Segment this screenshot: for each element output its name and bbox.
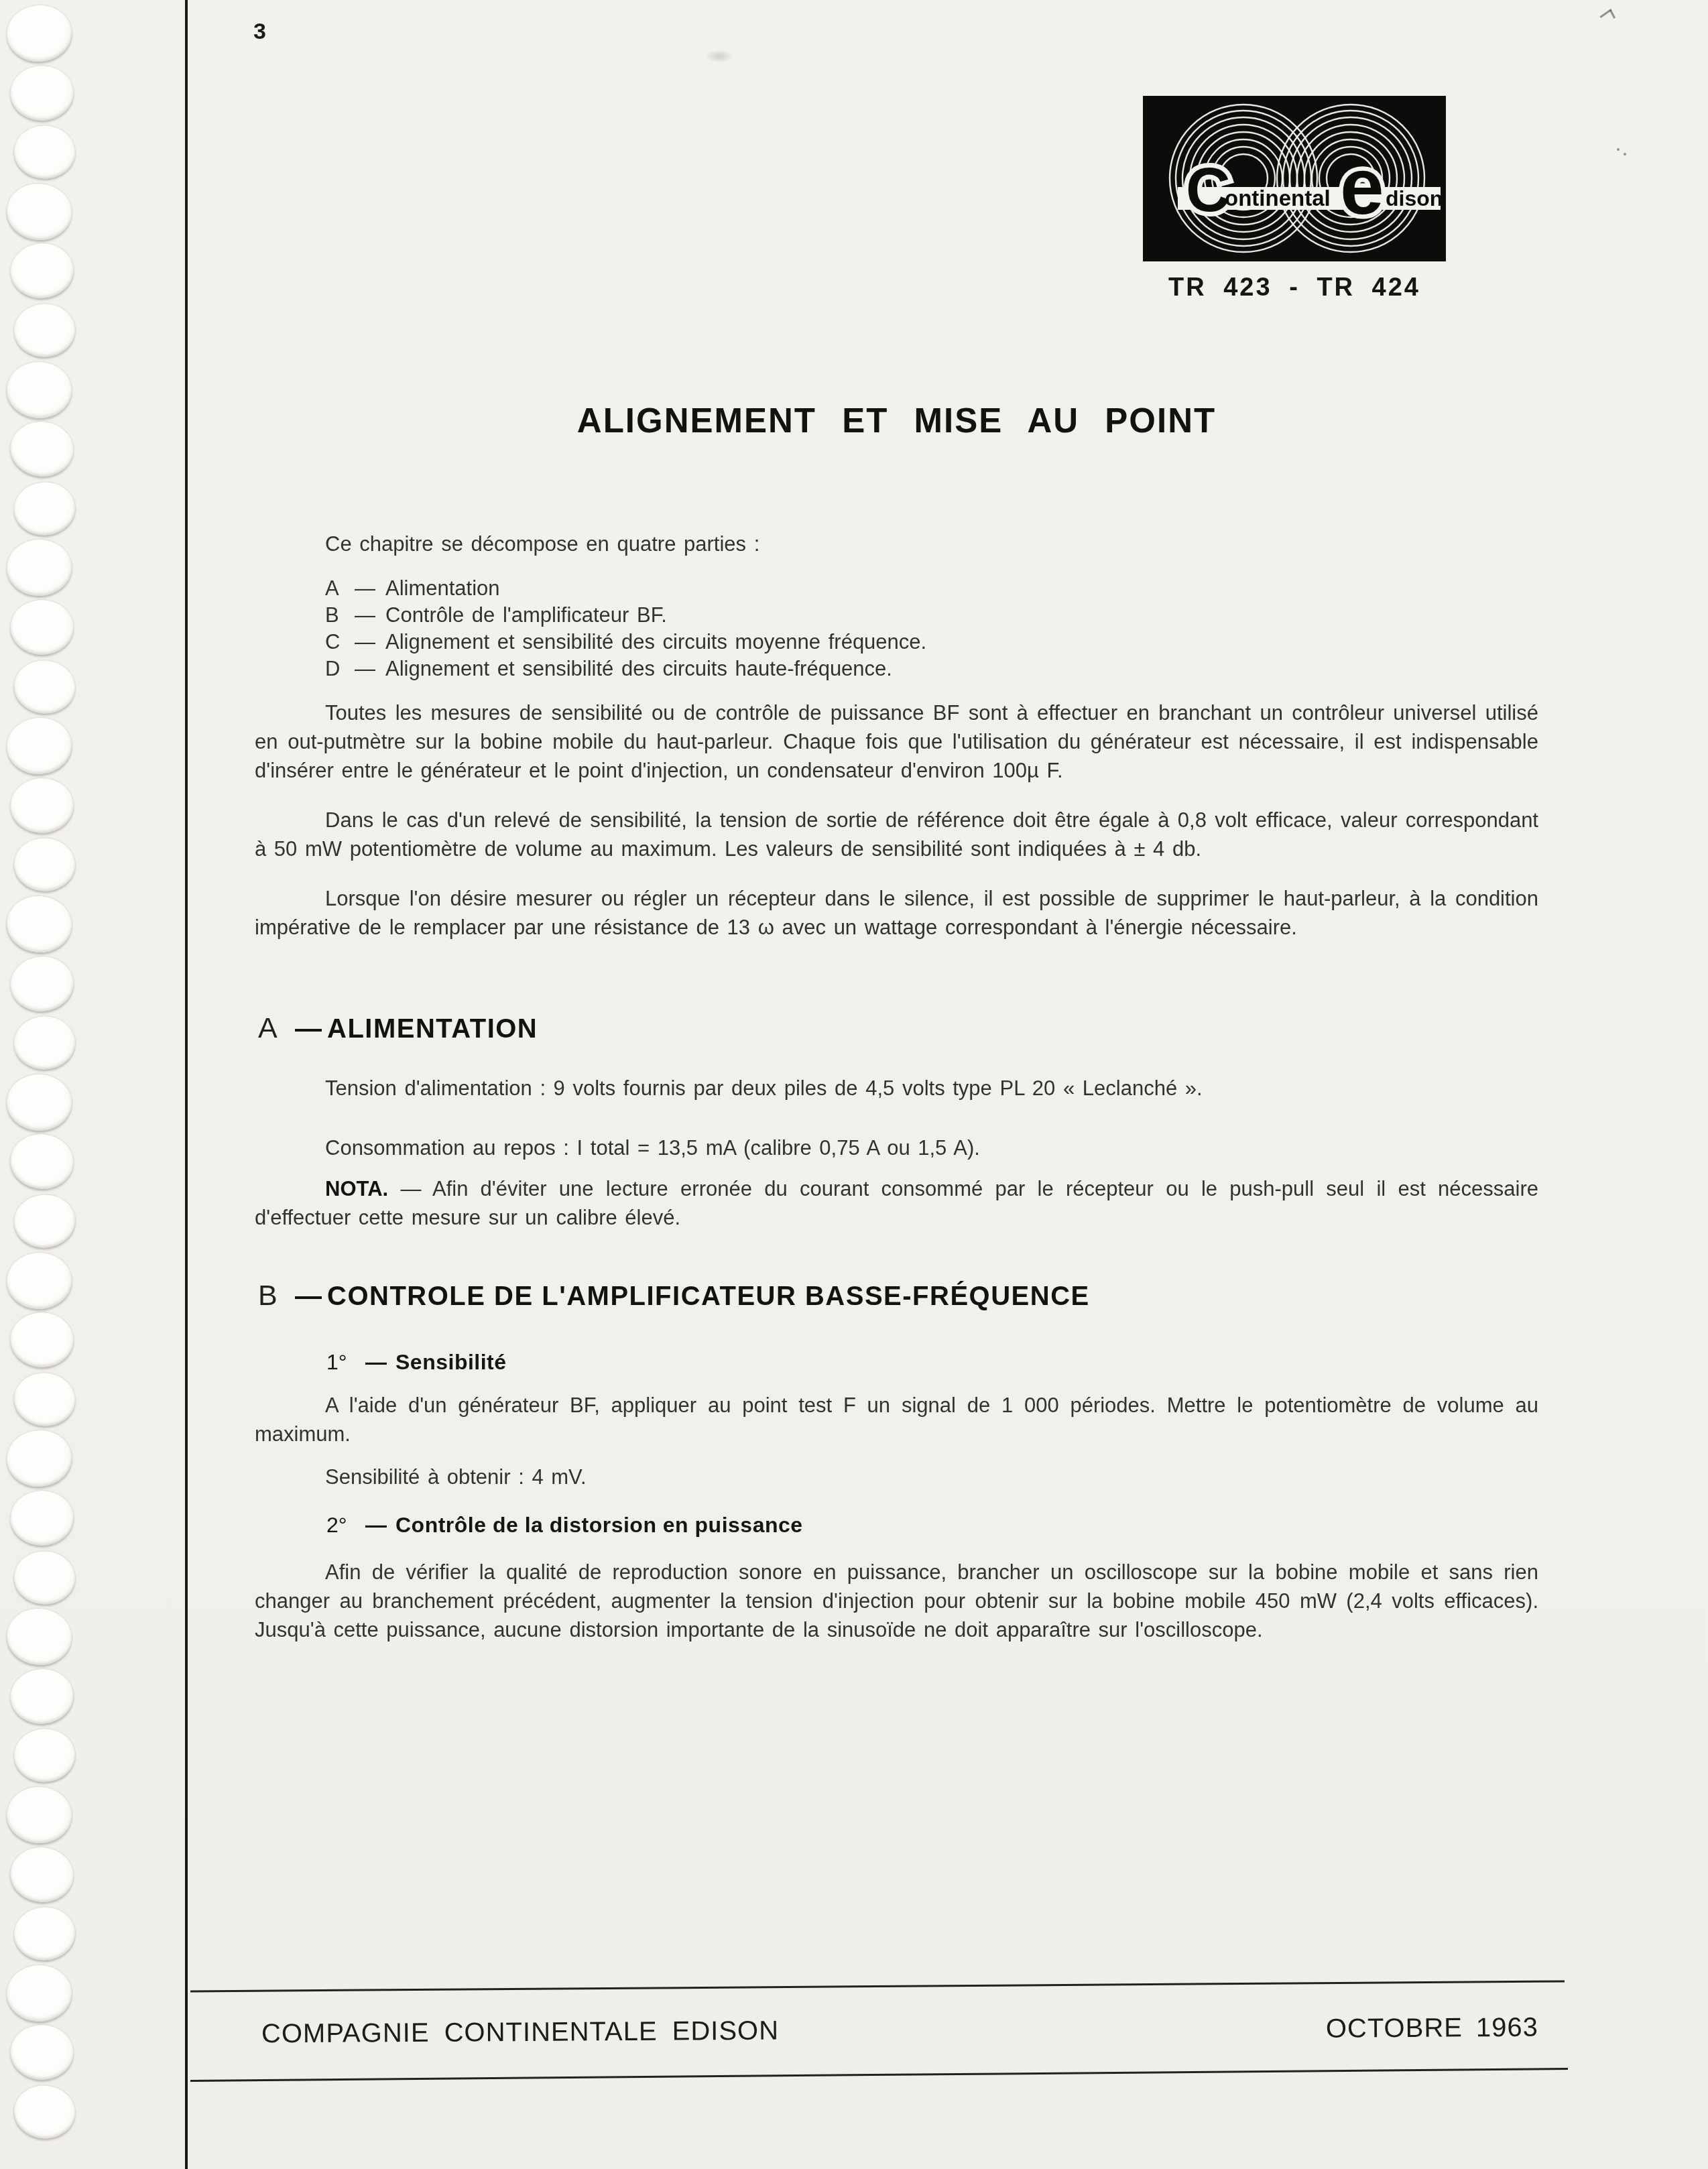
section-letter: A xyxy=(258,1012,295,1045)
parts-list: A—Alimentation B—Contrôle de l'amplifica… xyxy=(325,575,1465,682)
pencil-mark xyxy=(1609,9,1615,19)
binding-hole xyxy=(6,1786,72,1845)
logo-word-edison: dison xyxy=(1386,186,1443,210)
item-text: Alignement et sensibilité des circuits m… xyxy=(385,630,926,654)
binding-hole xyxy=(12,2083,77,2141)
sensitivity-result-line: Sensibilité à obtenir : 4 mV. xyxy=(255,1463,1538,1491)
binding-hole xyxy=(6,1074,72,1132)
subsection-number: 2° xyxy=(326,1513,365,1538)
supply-voltage-line: Tension d'alimentation : 9 volts fournis… xyxy=(255,1074,1538,1103)
subsection-2-heading: 2°—Contrôle de la distorsion en puissanc… xyxy=(326,1513,803,1538)
subsection-number: 1° xyxy=(326,1350,365,1375)
section-dash: — xyxy=(295,1282,327,1312)
subsection-1-heading: 1°—Sensibilité xyxy=(326,1350,507,1375)
binding-hole xyxy=(13,1550,76,1605)
binding-hole xyxy=(6,1965,72,2023)
page-number: 3 xyxy=(253,19,266,45)
intro-paragraphs: Toutes les mesures de sensibilité ou de … xyxy=(255,698,1538,963)
logo-word-continental: ontinental xyxy=(1225,186,1331,210)
nota-block: NOTA. — Afin d'éviter une lecture erroné… xyxy=(255,1174,1538,1253)
continental-edison-logo: C ontinental e dison xyxy=(1143,96,1446,261)
item-text: Alignement et sensibilité des circuits h… xyxy=(385,657,892,680)
subsection-title: Contrôle de la distorsion en puissance xyxy=(395,1513,803,1537)
section-b-heading: B—CONTROLE DE L'AMPLIFICATEUR BASSE-FRÉQ… xyxy=(258,1280,1090,1312)
binding-hole xyxy=(5,181,74,242)
binding-hole xyxy=(6,361,72,419)
binding-hole xyxy=(9,778,74,834)
list-item: A—Alimentation xyxy=(325,575,1465,602)
binding-hole xyxy=(8,1132,75,1192)
binding-hole xyxy=(12,1371,77,1428)
list-item: D—Alignement et sensibilité des circuits… xyxy=(325,656,1465,682)
idle-consumption-line: Consommation au repos : I total = 13,5 m… xyxy=(255,1133,1538,1162)
binding-hole xyxy=(9,1490,74,1546)
paragraph: Afin de vérifier la qualité de reproduct… xyxy=(255,1558,1538,1644)
binding-hole xyxy=(13,303,76,357)
page-title: ALIGNEMENT ET MISE AU POINT xyxy=(255,401,1538,440)
binding-hole xyxy=(9,599,74,656)
binding-holes xyxy=(0,0,87,2169)
logo-letter-e: e xyxy=(1340,143,1384,231)
binding-hole xyxy=(12,480,77,538)
list-item: C—Alignement et sensibilité des circuits… xyxy=(325,629,1465,656)
binding-hole xyxy=(8,954,75,1013)
item-dash: — xyxy=(355,602,385,629)
binding-hole xyxy=(5,3,74,64)
binding-hole xyxy=(8,1845,75,1904)
binding-hole xyxy=(9,2024,74,2081)
item-letter: B xyxy=(325,602,355,629)
pencil-mark xyxy=(1617,148,1620,151)
item-dash: — xyxy=(355,575,385,602)
nota-text: — Afin d'éviter une lecture erronée du c… xyxy=(255,1177,1538,1229)
binding-hole xyxy=(9,1312,74,1368)
binding-hole xyxy=(6,539,72,597)
footer-date: OCTOBRE 1963 xyxy=(1260,2013,1538,2045)
footer-rule-top xyxy=(190,1980,1565,1992)
binding-hole xyxy=(5,893,74,954)
item-letter: C xyxy=(325,629,355,656)
nota-label: NOTA. xyxy=(325,1177,388,1200)
binding-hole xyxy=(13,838,76,892)
item-letter: A xyxy=(325,575,355,602)
binding-hole xyxy=(13,1016,76,1070)
logo-graphic: C ontinental e dison xyxy=(1143,96,1446,261)
binding-rule xyxy=(185,0,188,2169)
binding-hole xyxy=(8,241,75,301)
footer-company: COMPAGNIE CONTINENTALE EDISON xyxy=(261,2016,779,2050)
item-letter: D xyxy=(325,656,355,682)
model-numbers: TR 423 - TR 424 xyxy=(1143,273,1446,302)
binding-hole xyxy=(12,658,77,716)
binding-hole xyxy=(5,1607,74,1668)
binding-hole xyxy=(5,716,74,777)
binding-hole xyxy=(13,1729,76,1783)
paragraph: Dans le cas d'un relevé de sensibilité, … xyxy=(255,806,1538,863)
paragraph: A l'aide d'un générateur BF, appliquer a… xyxy=(255,1391,1538,1448)
binding-hole xyxy=(5,1428,74,1489)
binding-hole xyxy=(9,65,74,121)
binding-hole xyxy=(12,1192,77,1250)
intro-lead: Ce chapitre se décompose en quatre parti… xyxy=(255,532,1538,556)
scan-smudge xyxy=(705,50,733,63)
item-text: Contrôle de l'amplificateur BF. xyxy=(385,603,667,627)
sensitivity-paragraph-block: A l'aide d'un générateur BF, appliquer a… xyxy=(255,1391,1538,1469)
paragraph: Toutes les mesures de sensibilité ou de … xyxy=(255,698,1538,785)
section-title: CONTROLE DE L'AMPLIFICATEUR BASSE-FRÉQUE… xyxy=(327,1282,1090,1311)
item-dash: — xyxy=(355,629,385,656)
subsection-title: Sensibilité xyxy=(395,1350,507,1374)
section-dash: — xyxy=(295,1014,327,1044)
distortion-paragraph-block: Afin de vérifier la qualité de reproduct… xyxy=(255,1558,1538,1665)
nota-paragraph: NOTA. — Afin d'éviter une lecture erroné… xyxy=(255,1174,1538,1232)
section-letter: B xyxy=(258,1280,295,1312)
subsection-dash: — xyxy=(365,1513,395,1538)
binding-hole xyxy=(13,125,76,180)
section-a-heading: A—ALIMENTATION xyxy=(258,1012,538,1045)
item-dash: — xyxy=(355,656,385,682)
subsection-dash: — xyxy=(365,1350,395,1375)
footer-rule-bottom xyxy=(190,2068,1568,2082)
binding-hole xyxy=(12,1905,77,1963)
document-page: 3 C ontinental e dison TR 423 - TR 424 xyxy=(0,0,1708,2169)
section-title: ALIMENTATION xyxy=(327,1014,538,1044)
binding-hole xyxy=(6,1251,72,1310)
item-text: Alimentation xyxy=(385,576,500,600)
binding-hole xyxy=(8,420,75,479)
binding-hole xyxy=(8,1666,75,1726)
logo-letter-c: C xyxy=(1186,156,1230,225)
list-item: B—Contrôle de l'amplificateur BF. xyxy=(325,602,1465,629)
paragraph: Lorsque l'on désire mesurer ou régler un… xyxy=(255,884,1538,942)
pencil-mark xyxy=(1624,153,1626,156)
